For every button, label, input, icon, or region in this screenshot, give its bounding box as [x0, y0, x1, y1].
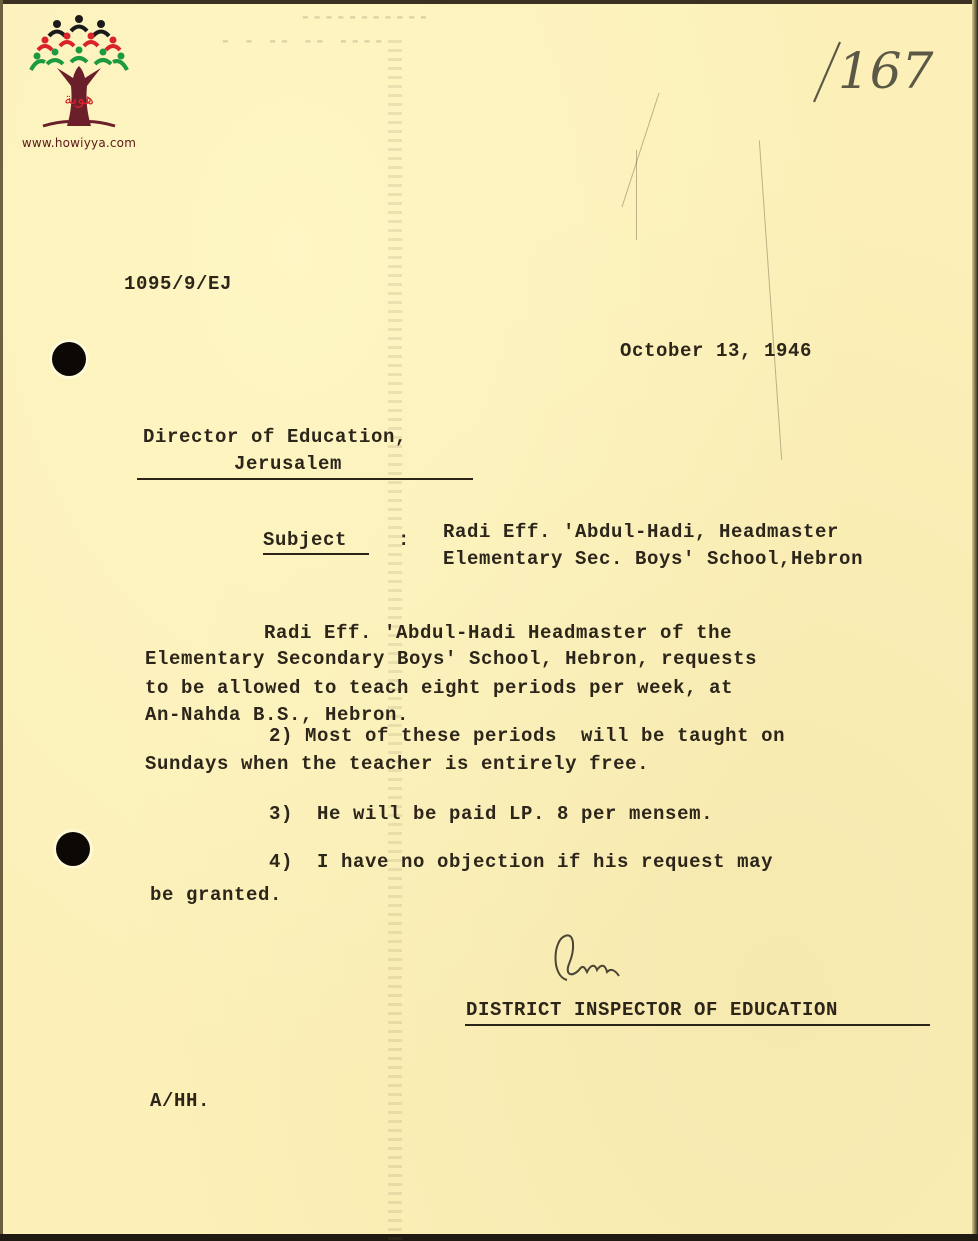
paper-crease	[636, 150, 637, 240]
subject-line-1: Radi Eff. 'Abdul-Hadi, Headmaster	[443, 521, 839, 543]
document-page: ----------- - - -- -- ----	[0, 0, 978, 1241]
handwritten-folio-number: 167	[808, 36, 968, 106]
body-line: 2) Most of these periods will be taught …	[269, 725, 785, 747]
signatory-underline	[465, 1024, 930, 1026]
addressee-line-2: Jerusalem	[234, 453, 342, 475]
body-line: 4) I have no objection if his request ma…	[269, 851, 773, 873]
subject-label: Subject	[263, 529, 347, 551]
subject-separator: :	[398, 529, 410, 551]
page-edge-left	[0, 0, 3, 1241]
body-line: Radi Eff. 'Abdul-Hadi Headmaster of the	[264, 622, 732, 644]
punch-hole	[56, 832, 90, 866]
addressee-underline	[137, 478, 473, 480]
body-line: An-Nahda B.S., Hebron.	[145, 704, 409, 726]
page-edge-right	[972, 0, 978, 1241]
body-line: Sundays when the teacher is entirely fre…	[145, 753, 649, 775]
signatory-title: DISTRICT INSPECTOR OF EDUCATION	[466, 999, 838, 1021]
punch-hole	[52, 342, 86, 376]
watermark-url: www.howiyya.com	[14, 136, 144, 150]
body-line: to be allowed to teach eight periods per…	[145, 677, 733, 699]
tree-people-icon: هوية	[29, 14, 129, 132]
body-line: Elementary Secondary Boys' School, Hebro…	[145, 648, 757, 670]
howiyya-watermark-logo: هوية www.howiyya.com	[14, 14, 144, 150]
subject-line-2: Elementary Sec. Boys' School,Hebron	[443, 548, 863, 570]
page-edge-bottom	[0, 1234, 978, 1241]
paper-crease	[621, 93, 659, 207]
typist-initials: A/HH.	[150, 1090, 210, 1112]
reference-number: 1095/9/EJ	[124, 273, 232, 295]
paper-crease	[759, 140, 782, 459]
letter-date: October 13, 1946	[620, 340, 812, 362]
bleedthrough-text: - - -- -- ----	[220, 32, 385, 52]
body-line: 3) He will be paid LP. 8 per mensem.	[269, 803, 713, 825]
svg-text:167: 167	[838, 42, 934, 100]
handwritten-signature	[545, 930, 635, 990]
addressee-line-1: Director of Education,	[143, 426, 407, 448]
svg-text:هوية: هوية	[64, 89, 94, 109]
bleedthrough-text: -----------	[300, 8, 430, 28]
body-line: be granted.	[150, 884, 282, 906]
subject-underline	[263, 553, 369, 555]
page-edge-top	[0, 0, 978, 4]
